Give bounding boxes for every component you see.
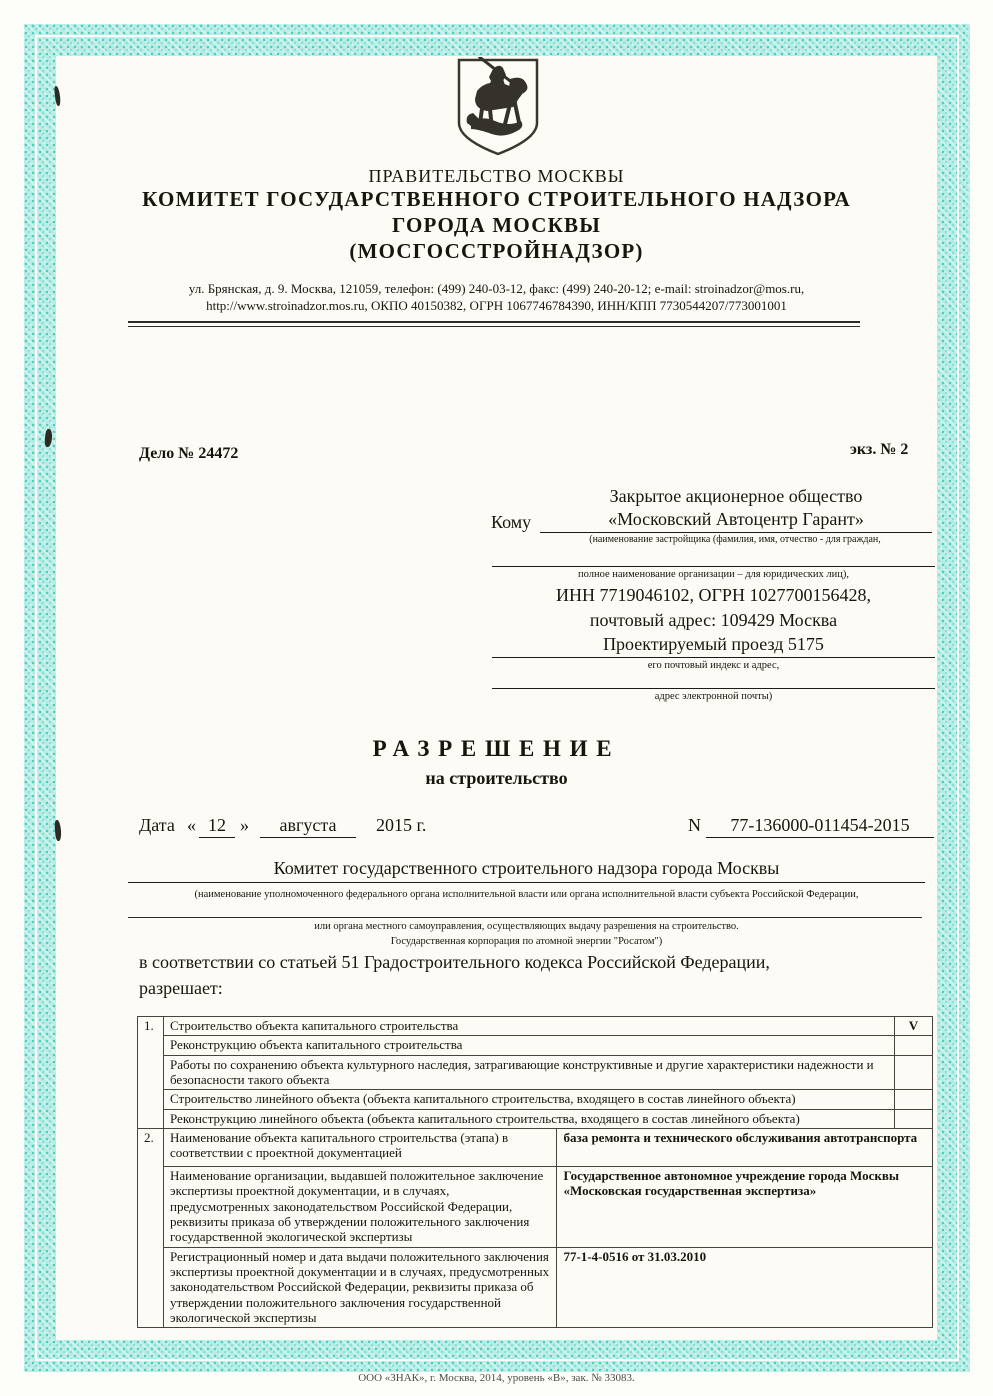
item2-row3-label: Регистрационный номер и дата выдачи поло…	[163, 1247, 556, 1328]
contact-line2: http://www.stroinadzor.mos.ru, ОКПО 4015…	[0, 297, 993, 314]
addressee-caption1: (наименование застройщика (фамилия, имя,…	[505, 534, 965, 545]
table-row: Регистрационный номер и дата выдачи поло…	[138, 1247, 933, 1328]
contact-line1: ул. Брянская, д. 9. Москва, 121059, теле…	[0, 280, 993, 297]
table-row: 2. Наименование объекта капитального стр…	[138, 1128, 933, 1166]
item2-row1-value: база ремонта и технического обслуживания…	[557, 1128, 933, 1166]
item2-row2-value: Государственное автономное учреждение го…	[557, 1166, 933, 1247]
moscow-coat-of-arms-icon	[453, 57, 543, 159]
contact-info: ул. Брянская, д. 9. Москва, 121059, теле…	[0, 280, 993, 314]
header-divider	[128, 321, 860, 327]
document-subtitle: на строительство	[0, 768, 993, 789]
authority-statement1: в соответствии со статьей 51 Градостроит…	[139, 952, 770, 973]
addressee-label: Кому	[491, 512, 531, 533]
item1-row3-label: Работы по сохранению объекта культурного…	[163, 1055, 894, 1090]
item1-row5-checkbox[interactable]	[895, 1109, 933, 1128]
item1-row1-checkbox[interactable]: V	[895, 1017, 933, 1036]
printer-imprint: ООО «ЗНАК», г. Москва, 2014, уровень «В»…	[0, 1372, 993, 1384]
authority-caption1: (наименование уполномоченного федерально…	[128, 889, 925, 900]
item2-row2-label: Наименование организации, выдавшей полож…	[163, 1166, 556, 1247]
table-row: Реконструкцию объекта капитального строи…	[138, 1036, 933, 1055]
committee-line1: КОМИТЕТ ГОСУДАРСТВЕННОГО СТРОИТЕЛЬНОГО Н…	[0, 186, 993, 212]
table-row: Строительство линейного объекта (объекта…	[138, 1090, 933, 1109]
date-label: Дата	[139, 815, 175, 836]
item1-row4-label: Строительство линейного объекта (объекта…	[163, 1090, 894, 1109]
addressee-inn: ИНН 7719046102, ОГРН 1027700156428,	[492, 585, 935, 606]
item1-row2-label: Реконструкцию объекта капитального строи…	[163, 1036, 894, 1055]
addressee-org-line2: «Московский Автоцентр Гарант»	[540, 509, 932, 533]
committee-name: КОМИТЕТ ГОСУДАРСТВЕННОГО СТРОИТЕЛЬНОГО Н…	[0, 186, 993, 264]
date-year: 2015 г.	[376, 815, 426, 836]
permit-table: 1. Строительство объекта капитального ст…	[137, 1016, 933, 1328]
item1-row2-checkbox[interactable]	[895, 1036, 933, 1055]
copy-number: экз. № 2	[850, 441, 908, 459]
date-day: 12	[199, 815, 235, 838]
item1-row3-checkbox[interactable]	[895, 1055, 933, 1090]
item1-row4-checkbox[interactable]	[895, 1090, 933, 1109]
blank-rule	[128, 917, 922, 918]
item2-row1-label: Наименование объекта капитального строит…	[163, 1128, 556, 1166]
table-row: Наименование организации, выдавшей полож…	[138, 1166, 933, 1247]
authority-caption3: Государственная корпорация по атомной эн…	[128, 936, 925, 947]
blank-rule	[492, 688, 935, 689]
document-title: РАЗРЕШЕНИЕ	[0, 736, 993, 762]
item1-number: 1.	[138, 1017, 164, 1129]
addressee-postal1: почтовый адрес: 109429 Москва	[492, 610, 935, 631]
addressee-caption3: его почтовый индекс и адрес,	[492, 660, 935, 671]
case-number: Дело № 24472	[139, 445, 238, 463]
table-row: Работы по сохранению объекта культурного…	[138, 1055, 933, 1090]
date-close-quote: »	[240, 815, 249, 836]
authority-caption2: или органа местного самоуправления, осущ…	[128, 921, 925, 932]
table-row: Реконструкцию линейного объекта (объекта…	[138, 1109, 933, 1128]
addressee-caption2: полное наименование организации – для юр…	[492, 569, 935, 580]
committee-line3: (МОСГОССТРОЙНАДЗОР)	[0, 238, 993, 264]
date-month: августа	[260, 815, 356, 838]
date-open-quote: «	[187, 815, 196, 836]
table-row: 1. Строительство объекта капитального ст…	[138, 1017, 933, 1036]
blank-rule	[492, 566, 935, 567]
permit-number: 77-136000-011454-2015	[706, 815, 934, 838]
government-line: ПРАВИТЕЛЬСТВО МОСКВЫ	[0, 166, 993, 187]
item2-row3-value: 77-1-4-0516 от 31.03.2010	[557, 1247, 933, 1328]
addressee-org-line1: Закрытое акционерное общество	[540, 486, 932, 507]
addressee-postal2: Проектируемый проезд 5175	[492, 634, 935, 658]
authority-name: Комитет государственного строительного н…	[128, 858, 925, 883]
item2-number: 2.	[138, 1128, 164, 1327]
permit-number-label: N	[688, 815, 701, 836]
authority-statement2: разрешает:	[139, 978, 223, 999]
item1-row1-label: Строительство объекта капитального строи…	[163, 1017, 894, 1036]
item1-row5-label: Реконструкцию линейного объекта (объекта…	[163, 1109, 894, 1128]
committee-line2: ГОРОДА МОСКВЫ	[0, 212, 993, 238]
addressee-caption4: адрес электронной почты)	[492, 691, 935, 702]
